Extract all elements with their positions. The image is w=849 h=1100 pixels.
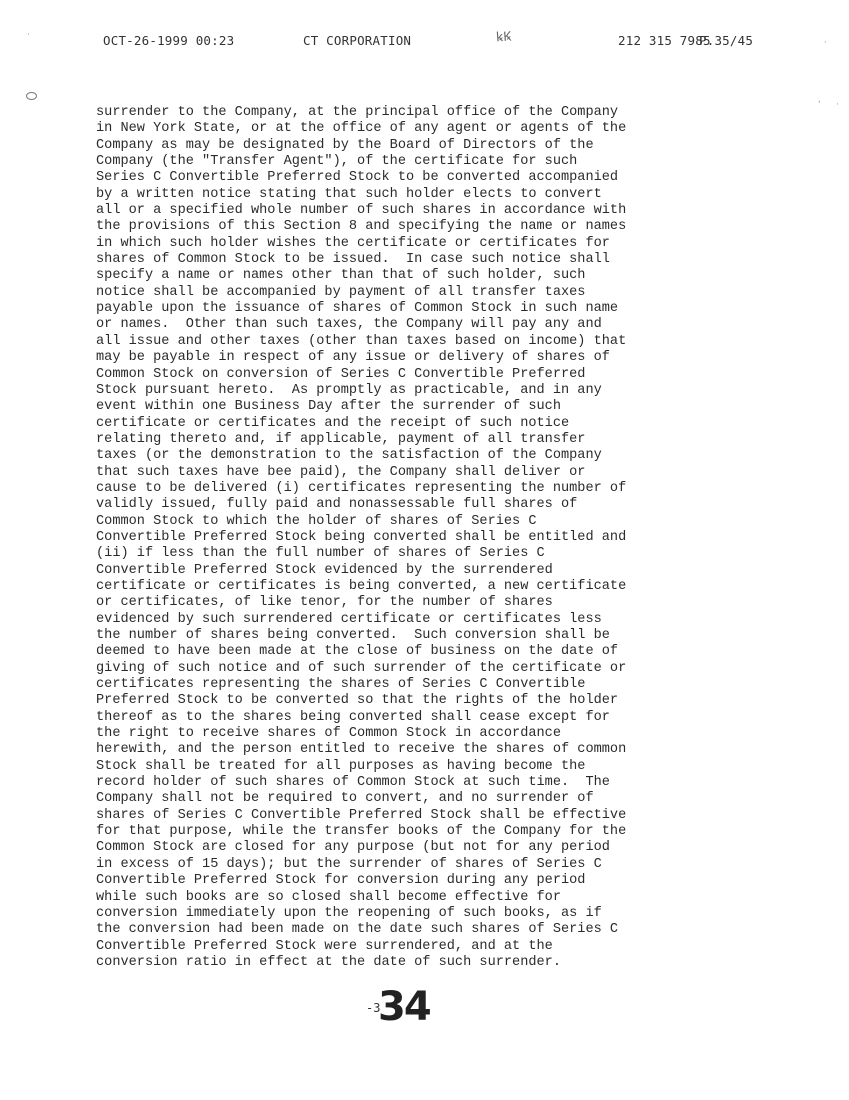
text-line: notice shall be accompanied by payment o… bbox=[96, 285, 756, 301]
text-line: Convertible Preferred Stock for conversi… bbox=[96, 873, 756, 889]
text-line: for that purpose, while the transfer boo… bbox=[96, 824, 756, 840]
text-line: taxes (or the demonstration to the satis… bbox=[96, 448, 756, 464]
text-line: giving of such notice and of such surren… bbox=[96, 661, 756, 677]
text-line: by a written notice stating that such ho… bbox=[96, 187, 756, 203]
text-line: that such taxes have bee paid), the Comp… bbox=[96, 465, 756, 481]
text-line: relating thereto and, if applicable, pay… bbox=[96, 432, 756, 448]
text-line: in which such holder wishes the certific… bbox=[96, 236, 756, 252]
text-line: surrender to the Company, at the princip… bbox=[96, 105, 756, 121]
text-line: the right to receive shares of Common St… bbox=[96, 726, 756, 742]
text-line: specify a name or names other than that … bbox=[96, 268, 756, 284]
scan-speck-icon: ' bbox=[818, 100, 820, 110]
text-line: in New York State, or at the office of a… bbox=[96, 121, 756, 137]
text-line: Common Stock on conversion of Series C C… bbox=[96, 367, 756, 383]
handwritten-page-number: 34 bbox=[378, 985, 430, 1029]
text-line: the number of shares being converted. Su… bbox=[96, 628, 756, 644]
text-line: certificate or certificates and the rece… bbox=[96, 416, 756, 432]
text-line: Convertible Preferred Stock evidenced by… bbox=[96, 563, 756, 579]
scan-speck-icon: · bbox=[27, 30, 30, 40]
text-line: Stock pursuant hereto. As promptly as pr… bbox=[96, 383, 756, 399]
text-line: while such books are so closed shall bec… bbox=[96, 890, 756, 906]
text-line: Common Stock to which the holder of shar… bbox=[96, 514, 756, 530]
fax-phone-number: 212 315 7985 bbox=[618, 33, 711, 48]
text-line: payable upon the issuance of shares of C… bbox=[96, 301, 756, 317]
text-line: or names. Other than such taxes, the Com… bbox=[96, 317, 756, 333]
text-line: evidenced by such surrendered certificat… bbox=[96, 612, 756, 628]
text-line: the provisions of this Section 8 and spe… bbox=[96, 219, 756, 235]
text-line: shares of Common Stock to be issued. In … bbox=[96, 252, 756, 268]
text-line: Common Stock are closed for any purpose … bbox=[96, 840, 756, 856]
fax-page-count: P.35/45 bbox=[699, 33, 753, 48]
text-line: validly issued, fully paid and nonassess… bbox=[96, 497, 756, 513]
scan-speck-icon: · bbox=[836, 100, 839, 110]
text-line: conversion ratio in effect at the date o… bbox=[96, 955, 756, 971]
text-line: Preferred Stock to be converted so that … bbox=[96, 693, 756, 709]
text-line: shares of Series C Convertible Preferred… bbox=[96, 808, 756, 824]
scan-speck-icon: · bbox=[824, 38, 827, 48]
text-line: Company as may be designated by the Boar… bbox=[96, 138, 756, 154]
text-line: Convertible Preferred Stock being conver… bbox=[96, 530, 756, 546]
fax-sender: CT CORPORATION bbox=[303, 33, 411, 48]
text-line: cause to be delivered (i) certificates r… bbox=[96, 481, 756, 497]
text-line: or certificates, of like tenor, for the … bbox=[96, 595, 756, 611]
text-line: thereof as to the shares being converted… bbox=[96, 710, 756, 726]
text-line: all or a specified whole number of such … bbox=[96, 203, 756, 219]
document-body: surrender to the Company, at the princip… bbox=[96, 105, 756, 971]
text-line: all issue and other taxes (other than ta… bbox=[96, 334, 756, 350]
text-line: Convertible Preferred Stock were surrend… bbox=[96, 939, 756, 955]
text-line: record holder of such shares of Common S… bbox=[96, 775, 756, 791]
text-line: Company shall not be required to convert… bbox=[96, 791, 756, 807]
text-line: (ii) if less than the full number of sha… bbox=[96, 546, 756, 562]
text-line: certificates representing the shares of … bbox=[96, 677, 756, 693]
text-line: Stock shall be treated for all purposes … bbox=[96, 759, 756, 775]
text-line: Series C Convertible Preferred Stock to … bbox=[96, 170, 756, 186]
text-line: deemed to have been made at the close of… bbox=[96, 644, 756, 660]
text-line: event within one Business Day after the … bbox=[96, 399, 756, 415]
scan-speck-icon bbox=[26, 92, 37, 100]
fax-header: OCT-26-1999 00:23 CT CORPORATION ꝃꝂ 212 … bbox=[0, 33, 849, 53]
text-line: herewith, and the person entitled to rec… bbox=[96, 742, 756, 758]
text-line: certificate or certificates is being con… bbox=[96, 579, 756, 595]
text-line: Company (the "Transfer Agent"), of the c… bbox=[96, 154, 756, 170]
text-line: the conversion had been made on the date… bbox=[96, 922, 756, 938]
text-line: conversion immediately upon the reopenin… bbox=[96, 906, 756, 922]
handwritten-initials-mark: ꝃꝂ bbox=[495, 26, 512, 45]
text-line: in excess of 15 days); but the surrender… bbox=[96, 857, 756, 873]
text-line: may be payable in respect of any issue o… bbox=[96, 350, 756, 366]
fax-date-time: OCT-26-1999 00:23 bbox=[103, 33, 234, 48]
